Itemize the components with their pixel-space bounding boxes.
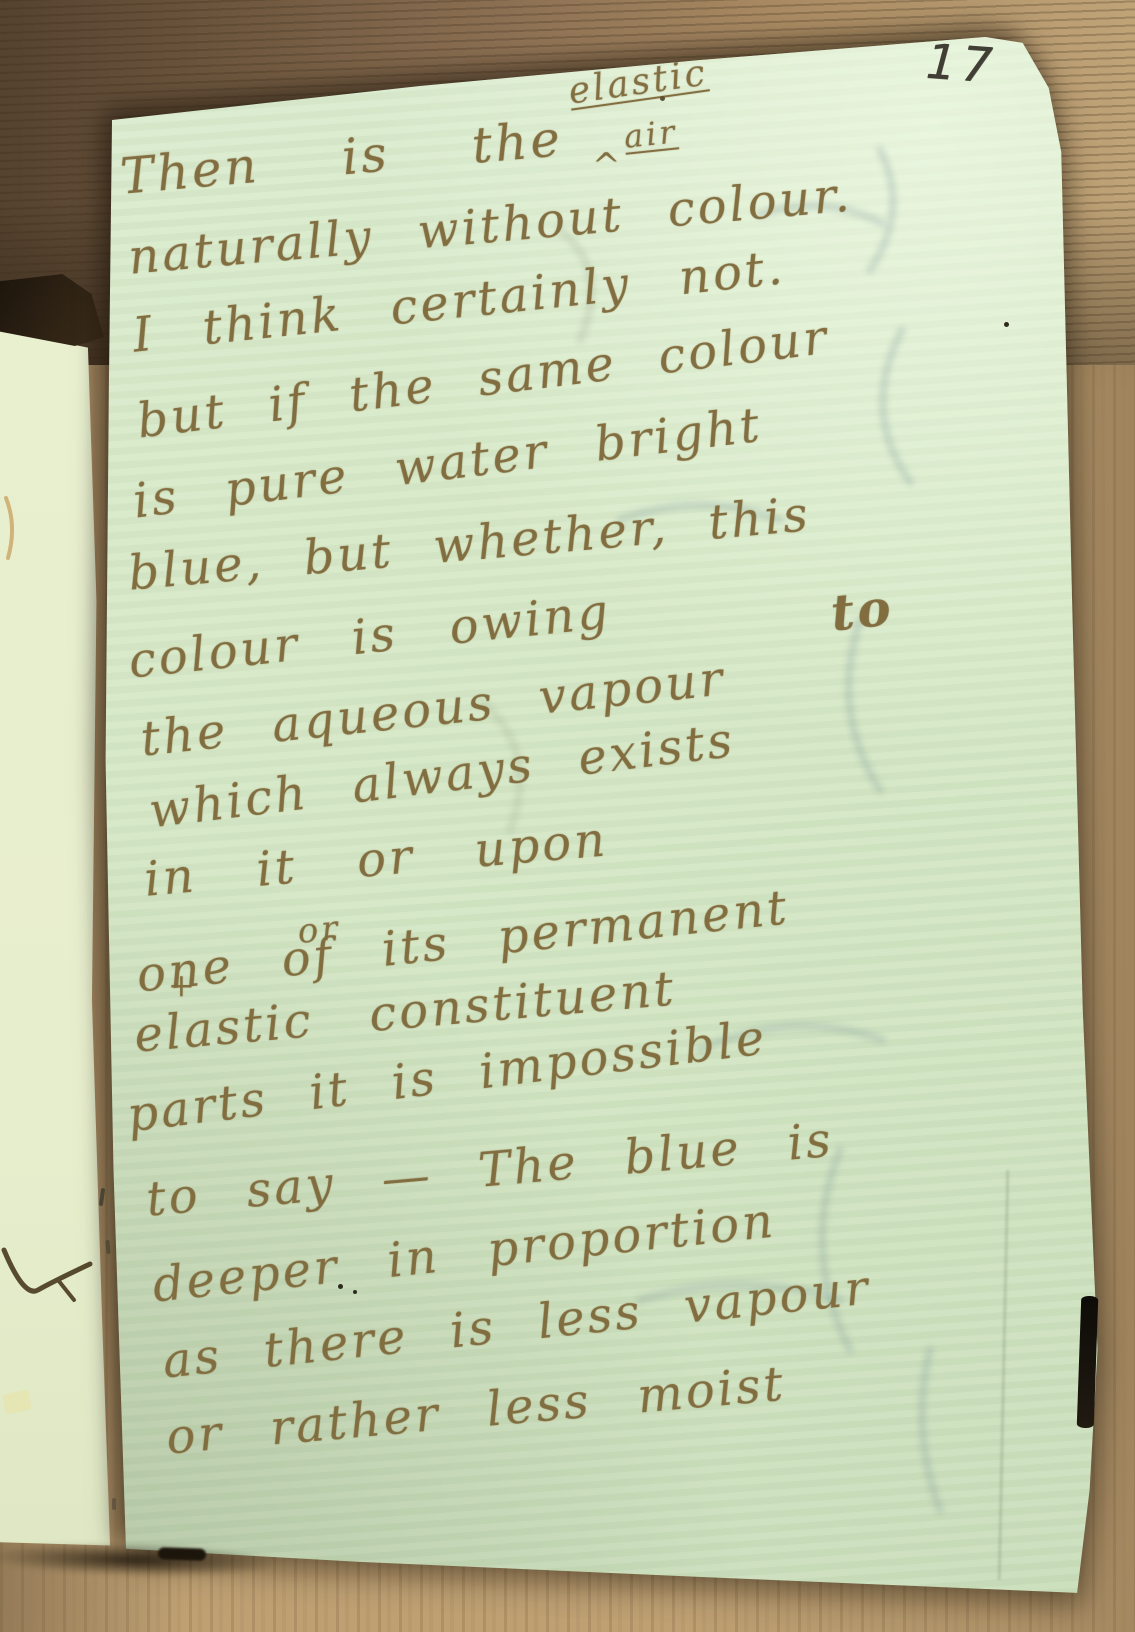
handwriting-line: ^: [592, 146, 624, 186]
handwriting-layer: elasticair^Then is thenaturally without …: [0, 0, 1135, 1632]
binding-gap-shadow: [158, 1547, 206, 1561]
handwriting-line: air: [622, 112, 679, 155]
handwriting-line: elastic: [566, 53, 710, 113]
photo-scene: 17 elasticair^Then is thenaturally witho…: [0, 0, 1135, 1632]
ink-speck: [353, 1290, 357, 1294]
ink-speck: [1004, 322, 1009, 327]
handwriting-line: +: [168, 966, 198, 1004]
handwriting-line: Then is the: [118, 109, 565, 205]
ink-speck: [338, 1284, 343, 1289]
ink-speck: [660, 96, 665, 101]
handwriting-line: to: [828, 577, 896, 642]
notebook-page-wrap: 17 elasticair^Then is thenaturally witho…: [0, 0, 1135, 1632]
notebook-page: 17 elasticair^Then is thenaturally witho…: [0, 0, 1135, 1632]
binding-stitch: [112, 1498, 116, 1510]
